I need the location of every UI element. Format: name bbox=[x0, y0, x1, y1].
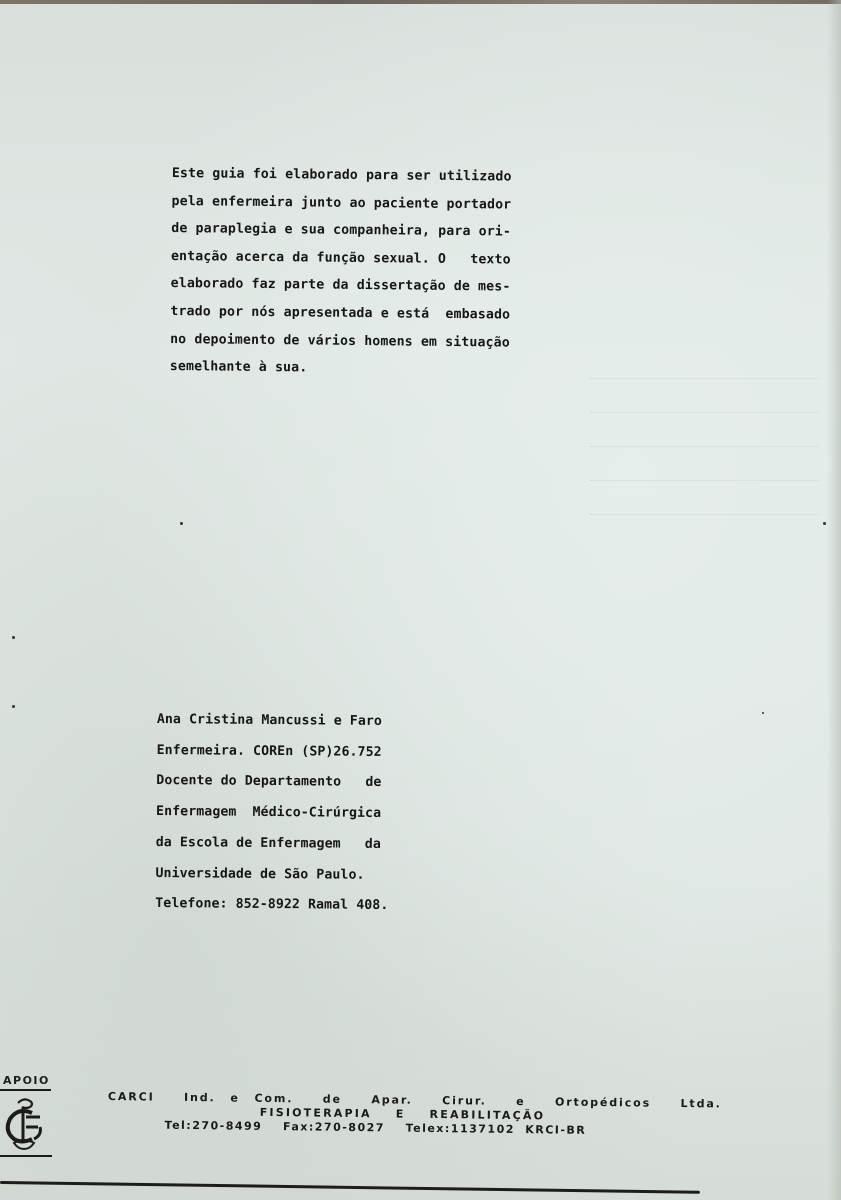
intro-paragraph: Este guia foi elaborado para ser utiliza… bbox=[170, 160, 592, 385]
bottom-divider bbox=[0, 1181, 700, 1194]
intro-line: pela enfermeira junto ao paciente portad… bbox=[171, 188, 591, 220]
page-top-edge bbox=[0, 0, 841, 4]
author-credential: Enfermeira. COREn (SP)26.752 bbox=[156, 736, 446, 769]
intro-line: trado por nós apresentada e está embasad… bbox=[170, 298, 590, 330]
bleed-line bbox=[590, 481, 820, 515]
intro-line: elaborado faz parte da dissertação de me… bbox=[171, 270, 591, 302]
intro-line: de paraplegia e sua companheira, para or… bbox=[171, 215, 591, 247]
bleed-line bbox=[590, 345, 820, 379]
bleed-line bbox=[590, 447, 820, 481]
paper-speck bbox=[823, 522, 826, 525]
author-department: Enfermagem Médico-Cirúrgica bbox=[156, 797, 446, 830]
author-university: Universidade de São Paulo. bbox=[155, 859, 445, 892]
paper-speck bbox=[12, 705, 15, 708]
author-position: Docente do Departamento de bbox=[156, 766, 446, 799]
author-name: Ana Cristina Mancussi e Faro bbox=[157, 705, 447, 738]
paper-speck bbox=[762, 712, 764, 714]
paper-speck bbox=[12, 636, 15, 639]
author-block: Ana Cristina Mancussi e Faro Enfermeira.… bbox=[155, 705, 447, 922]
paper-speck bbox=[180, 522, 183, 525]
sponsor-label: APOIO bbox=[0, 1074, 51, 1091]
bleed-line bbox=[590, 379, 820, 413]
intro-line: no depoimento de vários homens em situaç… bbox=[170, 326, 590, 358]
intro-line: semelhante à sua. bbox=[170, 353, 590, 385]
author-school: da Escola de Enfermagem da bbox=[156, 828, 446, 861]
bleed-through-text bbox=[590, 345, 820, 515]
author-phone: Telefone: 852-8922 Ramal 408. bbox=[155, 889, 445, 922]
bleed-line bbox=[590, 413, 820, 447]
sponsor-company-info: CARCI Ind. e Com. de Apar. Cirur. e Orto… bbox=[107, 1090, 707, 1138]
intro-line: entação acerca da função sexual. O texto bbox=[171, 243, 591, 275]
sponsor-block: APOIO bbox=[0, 1074, 60, 1157]
intro-line: Este guia foi elaborado para ser utiliza… bbox=[172, 160, 592, 192]
page-right-edge bbox=[827, 0, 841, 1200]
carci-monogram-logo-icon bbox=[0, 1095, 52, 1157]
